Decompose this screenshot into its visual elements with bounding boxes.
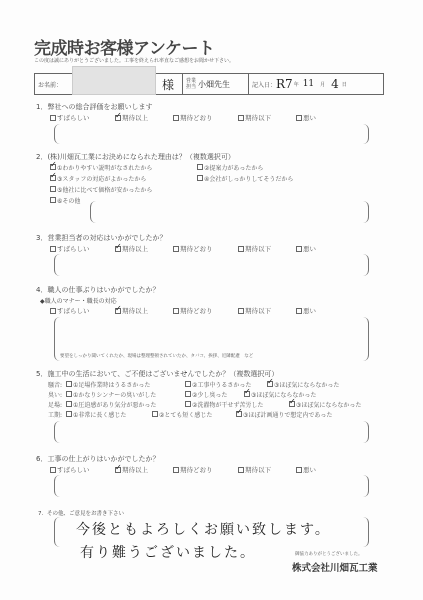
q5-smell-3[interactable]: ③ほぼ気にならなかった bbox=[244, 390, 316, 399]
checkbox-checked[interactable] bbox=[50, 164, 56, 170]
q4-hint: 要望をしっかり聞いてくれたか、現場は整理整頓されていたか、タバコ、挨拶、近隣配慮… bbox=[60, 353, 253, 359]
footer-thanks: 御協力ありがとうございました。 bbox=[295, 551, 363, 557]
q5-row-period: 工期: ①非常に長く感じた ②とても短く感じた ③ほぼ計画通りで想定内であった bbox=[48, 410, 332, 419]
q6-label: 6．工事の仕上がりはいかがでしたか？ bbox=[36, 454, 159, 464]
checkbox[interactable] bbox=[173, 308, 179, 314]
checkbox[interactable] bbox=[185, 381, 191, 387]
q3-option-excellent[interactable]: すばらしい bbox=[50, 244, 115, 253]
q4-sub-label: ◆職人のマナー・職長の対応 bbox=[40, 296, 117, 305]
q5-period-2[interactable]: ②とても短く感じた bbox=[152, 410, 232, 419]
q6-option-meets[interactable]: 期待どおり bbox=[173, 465, 238, 474]
checkbox[interactable] bbox=[238, 308, 244, 314]
q5-noise-1[interactable]: ①足場作業時はうるさかった bbox=[66, 380, 181, 389]
sales-rep-value[interactable]: 小畑先生 bbox=[198, 79, 230, 90]
q1-option-below[interactable]: 期待以下 bbox=[238, 113, 296, 122]
date-era-value[interactable]: R7 bbox=[276, 77, 293, 91]
q7-label: 7．その他、ご意見をお書き下さい bbox=[38, 509, 124, 517]
q2-option-6[interactable]: ⑥その他 bbox=[50, 196, 80, 205]
checkbox[interactable] bbox=[66, 391, 72, 397]
q6-option-above[interactable]: 期待以上 bbox=[115, 465, 173, 474]
q3-label: 3．営業担当者の対応はいかがでしたか？ bbox=[36, 233, 166, 243]
q5-row-scaffold: 足場: ①圧迫感があり気分が悪かった ②洗濯物が干せず苦労した ③ほぼ気にならな… bbox=[48, 400, 361, 409]
q2-label: 2．(株)川畑瓦工業にお決めになられた理由は？（複数選択可） bbox=[36, 152, 235, 162]
sales-rep-label: 営業担当 bbox=[186, 78, 196, 90]
q5-period-1[interactable]: ①非常に長く感じた bbox=[66, 410, 148, 419]
checkbox-checked[interactable] bbox=[289, 401, 295, 407]
q6-option-below[interactable]: 期待以下 bbox=[238, 465, 296, 474]
checkbox[interactable] bbox=[296, 115, 302, 121]
checkbox-checked[interactable] bbox=[115, 115, 121, 121]
q1-options: すばらしい 期待以上 期待どおり 期待以下 悪い bbox=[50, 113, 316, 122]
checkbox[interactable] bbox=[296, 246, 302, 252]
checkbox-checked[interactable] bbox=[267, 381, 273, 387]
q5-scaffold-3[interactable]: ③ほぼ気にならなかった bbox=[289, 400, 361, 409]
survey-subtitle: この度は誠にありがとうございました。工事を終えられ率直なご感想をお聞かせ下さい。 bbox=[34, 57, 234, 64]
checkbox[interactable] bbox=[66, 381, 72, 387]
checkbox[interactable] bbox=[50, 308, 56, 314]
q5-row-smell: 臭い: ①かなりシンナーの臭いがした ②少し臭った ③ほぼ気にならなかった bbox=[48, 390, 316, 399]
q5-smell-1[interactable]: ①かなりシンナーの臭いがした bbox=[66, 390, 181, 399]
q4-option-above[interactable]: 期待以上 bbox=[115, 306, 173, 315]
checkbox[interactable] bbox=[173, 467, 179, 473]
q5-period-3[interactable]: ③ほぼ計画通りで想定内であった bbox=[236, 410, 332, 419]
q2-option-4[interactable]: ④会社がしっかりしてそうだから bbox=[197, 174, 293, 183]
checkbox[interactable] bbox=[296, 308, 302, 314]
redacted-name bbox=[72, 66, 156, 95]
q6-option-excellent[interactable]: すばらしい bbox=[50, 465, 115, 474]
q5-scaffold-1[interactable]: ①圧迫感があり気分が悪かった bbox=[66, 400, 181, 409]
q2-option-5[interactable]: ⑤他社に比べて価格が安かったから bbox=[50, 185, 152, 194]
checkbox-checked[interactable] bbox=[244, 391, 250, 397]
q4-option-below[interactable]: 期待以下 bbox=[238, 306, 296, 315]
q5-smell-2[interactable]: ②少し臭った bbox=[185, 390, 240, 399]
q5-scaffold-2[interactable]: ②洗濯物が干せず苦労した bbox=[185, 400, 285, 409]
checkbox-checked[interactable] bbox=[115, 308, 121, 314]
checkbox[interactable] bbox=[152, 411, 158, 417]
date-label: 記入日： bbox=[252, 80, 276, 89]
checkbox-checked[interactable] bbox=[236, 411, 242, 417]
checkbox[interactable] bbox=[66, 401, 72, 407]
q1-option-bad[interactable]: 悪い bbox=[296, 113, 316, 122]
day-value[interactable]: 4 bbox=[331, 77, 339, 91]
q3-comment-box[interactable] bbox=[54, 254, 369, 276]
checkbox[interactable] bbox=[50, 246, 56, 252]
q6-options: すばらしい 期待以上 期待どおり 期待以下 悪い bbox=[50, 465, 316, 474]
sales-rep-cell: 営業担当 小畑先生 bbox=[183, 74, 249, 94]
checkbox[interactable] bbox=[197, 175, 203, 181]
q2-option-2[interactable]: ②提案力があったから bbox=[197, 163, 263, 172]
honorific: 様 bbox=[162, 76, 174, 93]
q3-option-meets[interactable]: 期待どおり bbox=[173, 244, 238, 253]
q5-label: 5．施工中の生活において、ご不便はございませんでしたか？（複数選択可） bbox=[36, 369, 278, 379]
q2-option-1[interactable]: ①わかりやすい説明がなされたから bbox=[50, 163, 152, 172]
checkbox[interactable] bbox=[238, 115, 244, 121]
q3-options: すばらしい 期待以上 期待どおり 期待以下 悪い bbox=[50, 244, 316, 253]
name-label: お名前： bbox=[38, 80, 62, 89]
month-unit: 月 bbox=[320, 81, 325, 88]
checkbox[interactable] bbox=[238, 246, 244, 252]
checkbox[interactable] bbox=[50, 467, 56, 473]
q7-answer-line2: 有り難うございました。 bbox=[80, 542, 256, 562]
q1-option-above[interactable]: 期待以上 bbox=[115, 113, 173, 122]
company-name: 株式会社川畑瓦工業 bbox=[292, 560, 378, 574]
q5-noise-2[interactable]: ②工事中うるさかった bbox=[185, 380, 263, 389]
date-cell: 記入日： R7 年 11 月 4 日 bbox=[249, 74, 383, 94]
year-unit: 年 bbox=[294, 81, 299, 88]
q3-option-bad[interactable]: 悪い bbox=[296, 244, 316, 253]
q5-row-noise: 騒音: ①足場作業時はうるさかった ②工事中うるさかった ③ほぼ気にならなかった bbox=[48, 380, 339, 389]
q4-option-meets[interactable]: 期待どおり bbox=[173, 306, 238, 315]
q2-option-3[interactable]: ③スタッフの対応がよかったから bbox=[50, 174, 146, 183]
checkbox[interactable] bbox=[50, 186, 56, 192]
q4-label: 4．職人の仕事ぶりはいかがでしたか？ bbox=[36, 285, 159, 295]
q4-option-bad[interactable]: 悪い bbox=[296, 306, 316, 315]
checkbox[interactable] bbox=[185, 391, 191, 397]
q6-option-bad[interactable]: 悪い bbox=[296, 465, 316, 474]
q1-label: 1．弊社への総合評価をお願いします bbox=[36, 102, 152, 112]
q2-other-box[interactable] bbox=[90, 201, 369, 223]
day-unit: 日 bbox=[342, 81, 347, 88]
q4-options: すばらしい 期待以上 期待どおり 期待以下 悪い bbox=[50, 306, 316, 315]
q5-comment-box[interactable] bbox=[54, 421, 369, 443]
q3-option-below[interactable]: 期待以下 bbox=[238, 244, 296, 253]
checkbox-checked[interactable] bbox=[115, 246, 121, 252]
checkbox[interactable] bbox=[185, 401, 191, 407]
checkbox[interactable] bbox=[50, 115, 56, 121]
q1-option-excellent[interactable]: すばらしい bbox=[50, 113, 115, 122]
checkbox[interactable] bbox=[238, 467, 244, 473]
checkbox[interactable] bbox=[173, 246, 179, 252]
q5-noise-3[interactable]: ③ほぼ気にならなかった bbox=[267, 380, 339, 389]
q1-comment-box[interactable] bbox=[54, 124, 369, 144]
checkbox[interactable] bbox=[173, 115, 179, 121]
checkbox-checked[interactable] bbox=[115, 467, 121, 473]
q7-answer-line1: 今後ともよろしくお願い致します。 bbox=[76, 519, 331, 539]
checkbox[interactable] bbox=[66, 411, 72, 417]
q1-option-meets[interactable]: 期待どおり bbox=[173, 113, 238, 122]
checkbox-checked[interactable] bbox=[50, 175, 56, 181]
checkbox[interactable] bbox=[296, 467, 302, 473]
survey-title: 完成時お客様アンケート bbox=[34, 34, 214, 59]
q6-comment-box[interactable] bbox=[54, 475, 369, 497]
checkbox[interactable] bbox=[50, 197, 56, 203]
q3-option-above[interactable]: 期待以上 bbox=[115, 244, 173, 253]
checkbox[interactable] bbox=[197, 164, 203, 170]
q4-option-excellent[interactable]: すばらしい bbox=[50, 306, 115, 315]
month-value[interactable]: 11 bbox=[303, 79, 314, 89]
